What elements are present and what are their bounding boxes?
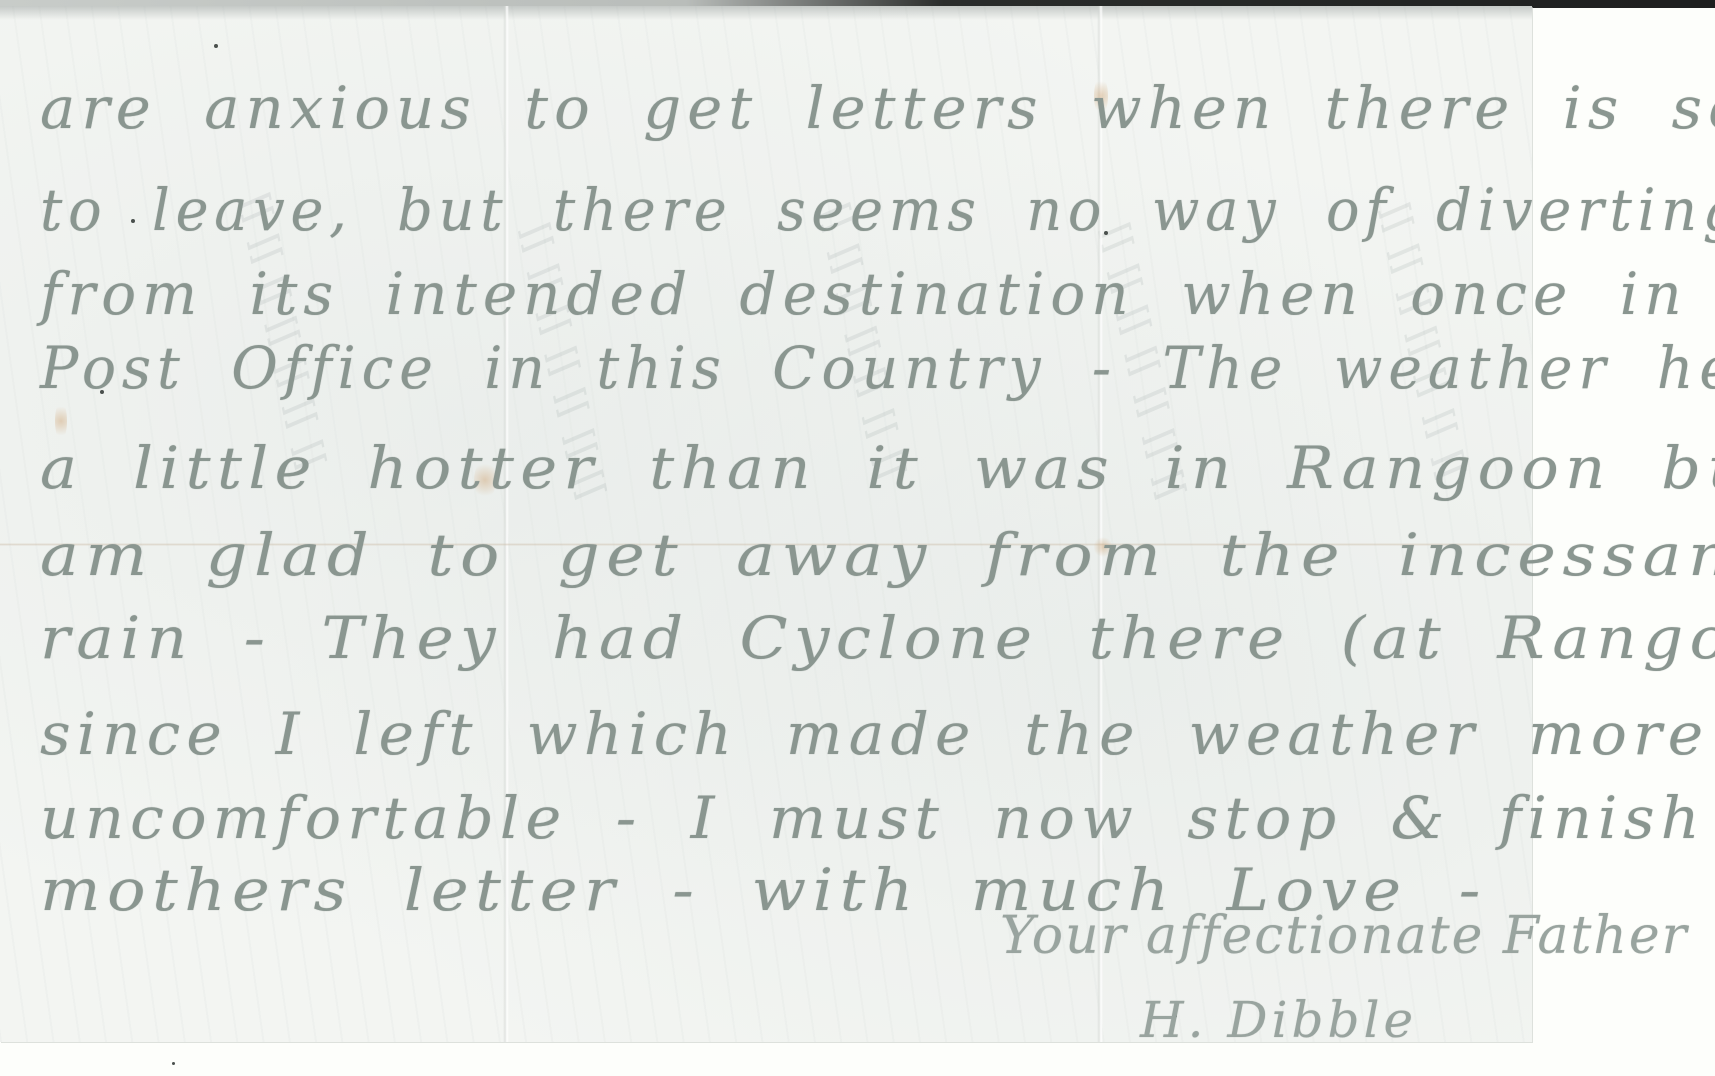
letter-line-7: rain - They had Cyclone there (at Rangoo…	[40, 604, 1715, 672]
letter-line-2: to leave, but there seems no way of dive…	[40, 176, 1715, 244]
letter-signature: H. Dibble	[1140, 991, 1417, 1049]
letter-line-6: am glad to get away from the incessant	[40, 521, 1715, 589]
letter-line-1: are anxious to get letters when there is…	[40, 74, 1715, 142]
scanned-letter-page: ll ll ll ll ll ll ll ll ll ll ll ll ll l…	[0, 0, 1715, 1076]
letter-line-4: Post Office in this Country - The weathe…	[40, 334, 1715, 402]
letter-line-3: from its intended destination when once …	[40, 260, 1715, 328]
scanner-dust-speck	[172, 1062, 175, 1065]
letter-line-9: uncomfortable - I must now stop & finish	[40, 784, 1706, 852]
letter-paper: ll ll ll ll ll ll ll ll ll ll ll ll ll l…	[0, 6, 1532, 1042]
letter-line-8: since I left which made the weather more	[40, 700, 1709, 768]
paper-top-shadow	[0, 6, 1532, 20]
letter-closing: Your affectionate Father	[1000, 906, 1688, 966]
ink-speck	[214, 44, 218, 48]
letter-line-5: a little hotter than it was in Rangoon b…	[40, 434, 1715, 502]
